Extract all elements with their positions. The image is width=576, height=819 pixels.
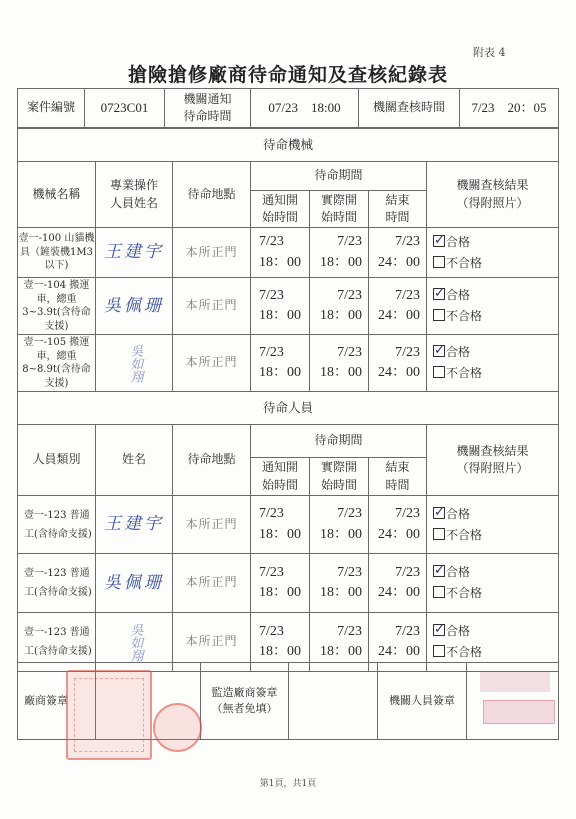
table-row: 壹一-100 山貓機具（鏟裝機1M3 以下) 王建宇 本所正門 7/2318：0… xyxy=(18,228,559,278)
actual-start-time: 7/2318：00 xyxy=(310,335,369,392)
notice-time-label: 機關通知待命時間 xyxy=(165,89,251,128)
page-title: 搶險搶修廠商待命通知及查核紀錄表 xyxy=(0,60,576,87)
machine-name: 壹一-105 搬運車，總重8~8.9t(含待命支援) xyxy=(18,335,96,392)
personnel-category: 壹一-123 普通工(含待命支援) xyxy=(18,554,96,613)
standby-table: 待命機械 機械名稱 專業操作人員姓名 待命地點 待命期間 機關查核結果（得附照片… xyxy=(17,128,559,672)
redacted-agency-seal xyxy=(483,700,555,724)
redacted-agency-signature xyxy=(480,672,550,692)
fail-checkbox[interactable] xyxy=(433,309,445,321)
supervisor-signature-label: 監造廠商簽章（無者免填） xyxy=(201,663,289,740)
case-no-value: 0723C01 xyxy=(85,89,165,128)
audit-result: 合格 不合格 xyxy=(427,335,559,392)
personal-seal-stamp xyxy=(153,703,202,752)
end-time: 7/2324：00 xyxy=(369,496,427,554)
col-location: 待命地點 xyxy=(173,425,251,496)
col-actual-start: 實際開始時間 xyxy=(310,191,369,228)
col-result: 機關查核結果（得附照片） xyxy=(427,425,559,496)
fail-checkbox[interactable] xyxy=(433,528,445,540)
section-title-machines: 待命機械 xyxy=(18,129,559,162)
table-row: 壹一-105 搬運車，總重8~8.9t(含待命支援) 吳如翔 本所正門 7/23… xyxy=(18,335,559,392)
standby-location: 本所正門 xyxy=(173,496,251,554)
machine-name: 壹一-100 山貓機具（鏟裝機1M3 以下) xyxy=(18,228,96,278)
fail-checkbox[interactable] xyxy=(433,366,445,378)
fail-checkbox[interactable] xyxy=(433,256,445,268)
end-time: 7/2324：00 xyxy=(369,278,427,335)
notice-start-time: 7/2318：00 xyxy=(251,335,310,392)
col-personnel-name: 姓名 xyxy=(96,425,173,496)
col-actual-start: 實際開始時間 xyxy=(310,458,369,496)
case-header-table: 案件編號 0723C01 機關通知待命時間 07/23 18:00 機關查核時間… xyxy=(17,88,559,128)
audit-result: 合格 不合格 xyxy=(427,554,559,613)
section-title-personnel: 待命人員 xyxy=(18,392,559,425)
end-time: 7/2324：00 xyxy=(369,335,427,392)
agency-signature-label: 機關人員簽章 xyxy=(378,663,467,740)
col-operator: 專業操作人員姓名 xyxy=(96,162,173,228)
table-row: 壹一-123 普通工(含待命支援) 吳佩珊 本所正門 7/2318：00 7/2… xyxy=(18,554,559,613)
company-seal-stamp xyxy=(66,670,152,760)
standby-location: 本所正門 xyxy=(173,554,251,613)
actual-start-time: 7/2318：00 xyxy=(310,554,369,613)
notice-start-time: 7/2318：00 xyxy=(251,496,310,554)
audit-result: 合格 不合格 xyxy=(427,228,559,278)
machine-name: 壹一-104 搬運車，總重3~3.9t(含待命支援) xyxy=(18,278,96,335)
notice-start-time: 7/2318：00 xyxy=(251,278,310,335)
pass-checkbox[interactable] xyxy=(433,507,445,519)
col-machine-name: 機械名稱 xyxy=(18,162,96,228)
table-row: 壹一-104 搬運車，總重3~3.9t(含待命支援) 吳佩珊 本所正門 7/23… xyxy=(18,278,559,335)
actual-start-time: 7/2318：00 xyxy=(310,228,369,278)
pass-checkbox[interactable] xyxy=(433,624,445,636)
fail-checkbox[interactable] xyxy=(433,645,445,657)
pass-checkbox[interactable] xyxy=(433,565,445,577)
audit-result: 合格 不合格 xyxy=(427,278,559,335)
col-notice-start: 通知開始時間 xyxy=(251,191,310,228)
table-row: 壹一-123 普通工(含待命支援) 王建宇 本所正門 7/2318：00 7/2… xyxy=(18,496,559,554)
operator-signature: 王建宇 xyxy=(96,228,173,278)
notice-start-time: 7/2318：00 xyxy=(251,228,310,278)
personnel-signature: 王建宇 xyxy=(96,496,173,554)
col-location: 待命地點 xyxy=(173,162,251,228)
operator-signature: 吳佩珊 xyxy=(96,278,173,335)
pass-checkbox[interactable] xyxy=(433,235,445,247)
actual-start-time: 7/2318：00 xyxy=(310,278,369,335)
page-number: 第1頁，共1頁 xyxy=(0,776,576,789)
standby-location: 本所正門 xyxy=(173,278,251,335)
col-end: 結束時間 xyxy=(369,458,427,496)
col-period: 待命期間 xyxy=(251,162,427,191)
col-personnel-category: 人員類別 xyxy=(18,425,96,496)
case-no-label: 案件編號 xyxy=(18,89,85,128)
audit-time-label: 機關查核時間 xyxy=(359,89,460,128)
col-period: 待命期間 xyxy=(251,425,427,458)
actual-start-time: 7/2318：00 xyxy=(310,496,369,554)
col-notice-start: 通知開始時間 xyxy=(251,458,310,496)
supervisor-signature-field[interactable] xyxy=(289,663,378,740)
standby-location: 本所正門 xyxy=(173,335,251,392)
end-time: 7/2324：00 xyxy=(369,554,427,613)
notice-start-time: 7/2318：00 xyxy=(251,554,310,613)
pass-checkbox[interactable] xyxy=(433,288,445,300)
pass-checkbox[interactable] xyxy=(433,345,445,357)
col-result: 機關查核結果（得附照片） xyxy=(427,162,559,228)
end-time: 7/2324：00 xyxy=(369,228,427,278)
fail-checkbox[interactable] xyxy=(433,586,445,598)
col-end: 結束時間 xyxy=(369,191,427,228)
notice-time-value: 07/23 18:00 xyxy=(251,89,359,128)
appendix-label: 附表 4 xyxy=(473,44,506,60)
audit-time-value: 7/23 20：05 xyxy=(460,89,559,128)
personnel-signature: 吳佩珊 xyxy=(96,554,173,613)
audit-result: 合格 不合格 xyxy=(427,496,559,554)
operator-signature: 吳如翔 xyxy=(96,335,173,392)
standby-location: 本所正門 xyxy=(173,228,251,278)
personnel-category: 壹一-123 普通工(含待命支援) xyxy=(18,496,96,554)
